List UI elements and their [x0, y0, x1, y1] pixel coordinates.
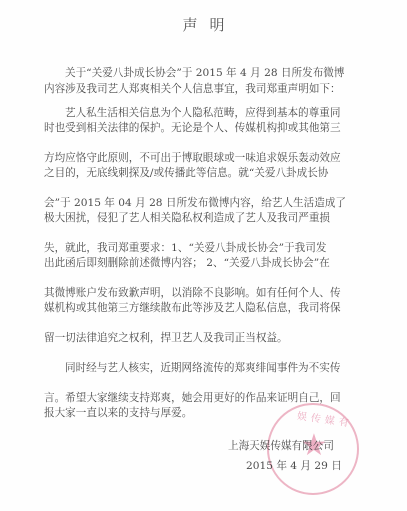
paragraph-2-line-4: 之目的，无底线刺探及/或传播此等信息。就“关爱八卦成长协 — [44, 166, 354, 181]
signature-date: 2015 年 4 月 29 日 — [246, 458, 342, 473]
paragraph-2-line-2: 时也受到相关法律的保护。无论是个人、传媒机构抑或其他第三 — [44, 121, 354, 136]
paragraph-2-line-11: 留一切法律追究之权利，捍卫艺人及我司正当权益。 — [44, 331, 354, 346]
paragraph-3-line-1: 同时经与艺人核实，近期网络流传的郑爽绯闻事件为不实传 — [65, 361, 354, 376]
paragraph-2-line-6: 极大困扰，侵犯了艺人相关隐私权利造成了艺人及我司严重损 — [44, 211, 354, 226]
signature-company: 上海天娱传媒有限公司 — [228, 438, 334, 453]
paragraph-2-line-7: 失，就此，我司郑重要求：1、“关爱八卦成长协会”于我司发 — [44, 241, 354, 256]
paragraph-2-line-3: 方均应恪守此原则，不可出于博取眼球或一味追求娱乐轰动效应 — [44, 151, 354, 166]
paragraph-2-line-8: 出此函后即刻删除前述微博内容； 2、“关爱八卦成长协会”在 — [44, 256, 354, 271]
paragraph-2-line-1: 艺人私生活相关信息为个人隐私范畴，应得到基本的尊重同 — [65, 106, 354, 121]
paragraph-1-line-2: 内容涉及我司艺人郑爽相关个人信息事宜，我司郑重声明如下： — [44, 82, 354, 97]
paragraph-2-line-9: 其微博账户发布致歉声明，以消除不良影响。如有任何个人、传 — [44, 286, 354, 301]
document-page: 声明 关于“关爱八卦成长协会”于 2015 年 4 月 28 日所发布微博 内容… — [0, 0, 407, 511]
paragraph-1-line-1: 关于“关爱八卦成长协会”于 2015 年 4 月 28 日所发布微博 — [65, 66, 354, 81]
paragraph-2-line-5: 会”于 2015 年 04 月 28 日所发布微博内容，给艺人生活造成了 — [44, 196, 354, 211]
paragraph-2-line-10: 媒机构或其他第三方继续散布此等涉及艺人隐私信息，我司将保 — [44, 301, 354, 316]
page-title: 声明 — [0, 14, 407, 35]
